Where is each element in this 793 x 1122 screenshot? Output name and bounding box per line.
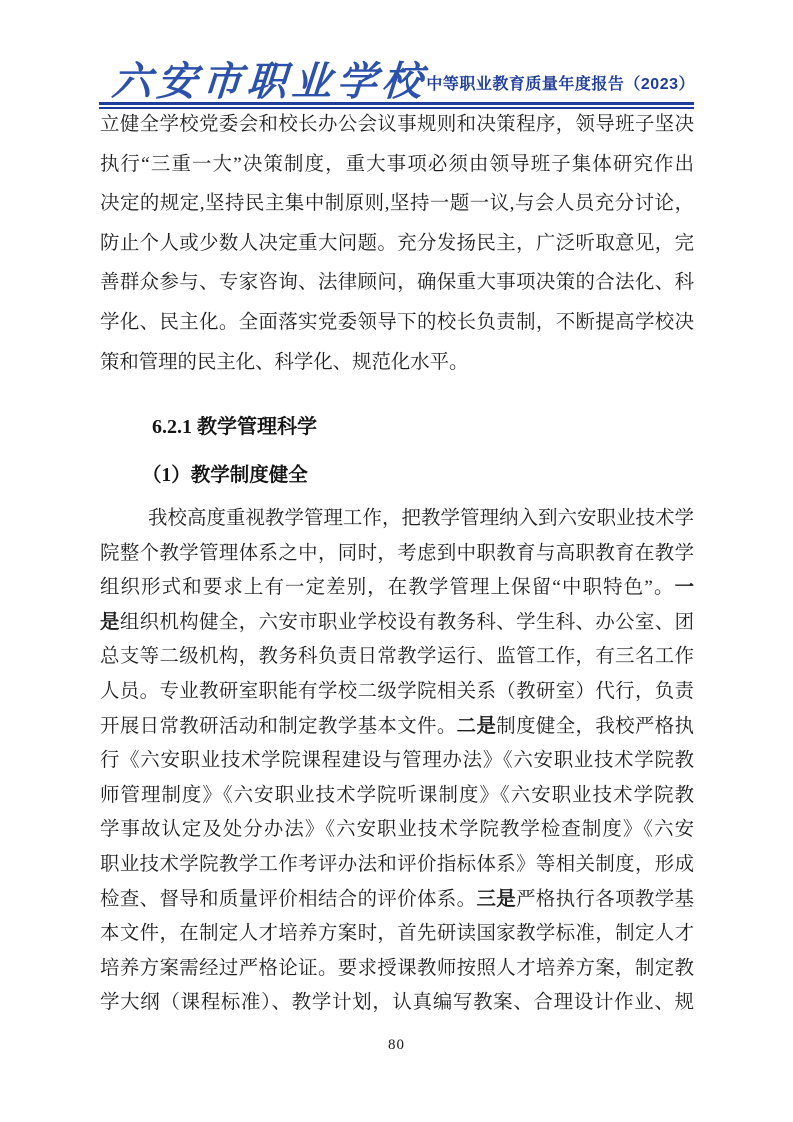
text-line: 行《六安职业技术学院课程建设与管理办法》《六安职业技术学院教	[100, 744, 694, 779]
text-run: 开展日常教研活动和制定教学基本文件。	[100, 716, 457, 737]
text-line: 师管理制度》《六安职业技术学院听课制度》《六安职业技术学院教	[100, 779, 694, 814]
text-line: 组织形式和要求上有一定差别，在教学管理上保留“中职特色”。一	[100, 571, 694, 606]
text-run: 组织形式和要求上有一定差别，在教学管理上保留“中职特色”。	[100, 577, 675, 598]
text-run: 学事故认定及处分办法》《六安职业技术学院教学检查制度》《六安	[100, 819, 694, 840]
text-line: 防止个人或少数人决定重大问题。充分发扬民主，广泛听取意见，完	[100, 224, 694, 264]
text-run: 善群众参与、专家咨询、法律顾问，确保重大事项决策的合法化、科	[100, 272, 694, 293]
text-run: 职业技术学院教学工作考评办法和评价指标体系》等相关制度，形成	[100, 854, 694, 875]
text-line: 我校高度重视教学管理工作，把教学管理纳入到六安职业技术学	[100, 502, 694, 537]
text-run: 人员。专业教研室职能有学校二级学院相关系（教研室）代行，负责	[100, 681, 694, 702]
text-run: 制度健全，我校严格执	[496, 716, 694, 737]
text-run: 防止个人或少数人决定重大问题。充分发扬民主，广泛听取意见，完	[100, 233, 694, 254]
text-line: 人员。专业教研室职能有学校二级学院相关系（教研室）代行，负责	[100, 675, 694, 710]
text-line: 善群众参与、专家咨询、法律顾问，确保重大事项决策的合法化、科	[100, 263, 694, 303]
text-line: 本文件，在制定人才培养方案时，首先研读国家教学标准，制定人才	[100, 917, 694, 952]
text-run: 学大纲（课程标准）、教学计划，认真编写教案、合理设计作业、规	[100, 992, 694, 1013]
text-line: 职业技术学院教学工作考评办法和评价指标体系》等相关制度，形成	[100, 848, 694, 883]
text-run: 严格执行各项教学基	[516, 889, 694, 910]
school-logo: 六安市职业学校	[110, 50, 429, 107]
section-heading: 6.2.1 教学管理科学	[152, 410, 317, 439]
report-title: 中等职业教育质量年度报告（2023）	[426, 71, 695, 94]
body-paragraph-teaching-management: 我校高度重视教学管理工作，把教学管理纳入到六安职业技术学院整个教学管理体系之中，…	[100, 502, 694, 1021]
page-footer: 80	[0, 1036, 793, 1054]
text-line: 学事故认定及处分办法》《六安职业技术学院教学检查制度》《六安	[100, 813, 694, 848]
text-run: 培养方案需经过严格论证。要求授课教师按照人才培养方案，制定教	[100, 958, 694, 979]
text-run: 院整个教学管理体系之中，同时，考虑到中职教育与高职教育在教学	[100, 543, 694, 564]
document-page: 六安市职业学校 中等职业教育质量年度报告（2023） 立健全学校党委会和校长办公…	[0, 0, 793, 1122]
text-run: 行《六安职业技术学院课程建设与管理办法》《六安职业技术学院教	[100, 750, 694, 771]
emphasis-text-run: 二是	[457, 716, 497, 737]
text-run: 执行“三重一大”决策制度，重大事项必须由领导班子集体研究作出	[100, 154, 694, 175]
text-line: 检查、督导和质量评价相结合的评价体系。三是严格执行各项教学基	[100, 883, 694, 918]
text-line: 学化、民主化。全面落实党委领导下的校长负责制，不断提高学校决	[100, 303, 694, 343]
text-run: 决定的规定,坚持民主集中制原则,坚持一题一议,与会人员充分讨论，	[100, 193, 694, 214]
emphasis-text-run: 是	[100, 612, 120, 633]
emphasis-text-run: 三是	[476, 889, 516, 910]
text-line: 培养方案需经过严格论证。要求授课教师按照人才培养方案，制定教	[100, 952, 694, 987]
text-line: 执行“三重一大”决策制度，重大事项必须由领导班子集体研究作出	[100, 145, 694, 185]
body-paragraph-governance: 立健全学校党委会和校长办公会议事规则和决策程序，领导班子坚决执行“三重一大”决策…	[100, 105, 694, 382]
text-line: 院整个教学管理体系之中，同时，考虑到中职教育与高职教育在教学	[100, 537, 694, 572]
text-line: 决定的规定,坚持民主集中制原则,坚持一题一议,与会人员充分讨论，	[100, 184, 694, 224]
text-line: 开展日常教研活动和制定教学基本文件。二是制度健全，我校严格执	[100, 710, 694, 745]
text-run: 本文件，在制定人才培养方案时，首先研读国家教学标准，制定人才	[100, 923, 694, 944]
text-line: 立健全学校党委会和校长办公会议事规则和决策程序，领导班子坚决	[100, 105, 694, 145]
text-line: 策和管理的民主化、科学化、规范化水平。	[100, 343, 694, 383]
text-run: 总支等二级机构，教务科负责日常教学运行、监管工作，有三名工作	[100, 646, 694, 667]
text-run: 师管理制度》《六安职业技术学院听课制度》《六安职业技术学院教	[100, 785, 694, 806]
page-number: 80	[388, 1037, 405, 1053]
text-run: 学化、民主化。全面落实党委领导下的校长负责制，不断提高学校决	[100, 312, 694, 333]
text-run: 策和管理的民主化、科学化、规范化水平。	[100, 352, 468, 373]
text-run: 我校高度重视教学管理工作，把教学管理纳入到六安职业技术学	[148, 508, 694, 529]
text-line: 学大纲（课程标准）、教学计划，认真编写教案、合理设计作业、规	[100, 986, 694, 1021]
text-run: 立健全学校党委会和校长办公会议事规则和决策程序，领导班子坚决	[100, 114, 694, 135]
subsection-heading: （1）教学制度健全	[142, 459, 308, 487]
text-line: 总支等二级机构，教务科负责日常教学运行、监管工作，有三名工作	[100, 640, 694, 675]
text-run: 组织机构健全，六安市职业学校设有教务科、学生科、办公室、团	[120, 612, 694, 633]
emphasis-text-run: 一	[675, 577, 694, 598]
text-run: 检查、督导和质量评价相结合的评价体系。	[100, 889, 476, 910]
text-line: 是组织机构健全，六安市职业学校设有教务科、学生科、办公室、团	[100, 606, 694, 641]
